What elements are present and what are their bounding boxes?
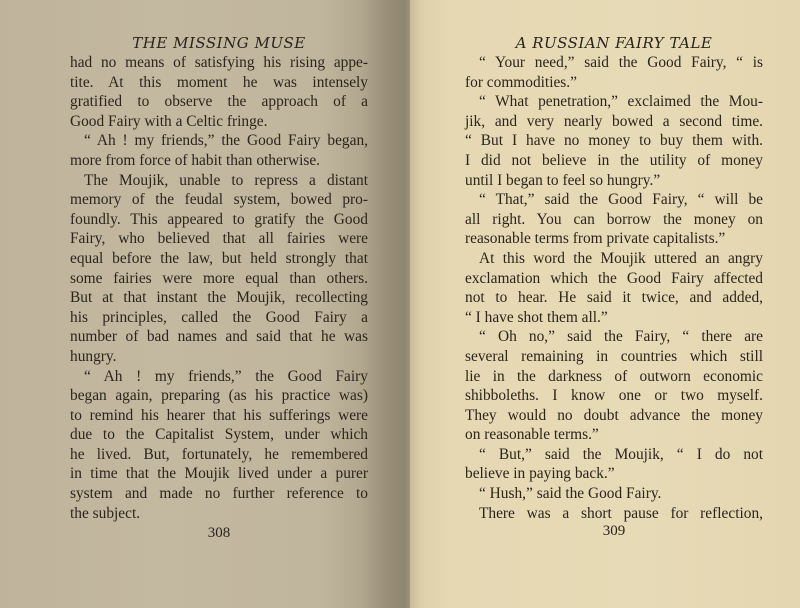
text-line: The Moujik, unable to repress a distant	[70, 171, 368, 191]
text-line: Good Fairy with a Celtic fringe.	[70, 112, 368, 132]
text-line: There was a short pause for reflection,	[465, 504, 763, 524]
text-line: some fairies were more equal than others…	[70, 269, 368, 289]
text-line: system and made no further reference to	[70, 484, 368, 504]
text-line: “ Ah ! my friends,” the Good Fairy	[70, 367, 368, 387]
text-line: number of bad names and said that he was	[70, 327, 368, 347]
text-line: hungry.	[70, 347, 368, 367]
text-line: until I began to feel so hungry.”	[465, 171, 763, 191]
right-page-number: 309	[465, 523, 763, 540]
text-line: he lived. But, fortunately, he remembere…	[70, 445, 368, 465]
text-line: “ Ah ! my friends,” the Good Fairy began…	[70, 131, 368, 151]
text-line: more from force of habit than otherwise.	[70, 151, 368, 171]
text-line: the subject.	[70, 504, 368, 524]
text-line: lie in the darkness of outworn economic	[465, 367, 763, 387]
text-line: for commodities.”	[465, 73, 763, 93]
text-line: I did not believe in the utility of mone…	[465, 151, 763, 171]
text-line: Fairy, who believed that all fairies wer…	[70, 229, 368, 249]
text-line: memory of the feudal system, bowed pro-	[70, 190, 368, 210]
text-line: tite. At this moment he was intensely	[70, 73, 368, 93]
text-line: At this word the Moujik uttered an angry	[465, 249, 763, 269]
right-page: A RUSSIAN FAIRY TALE “ Your need,” said …	[410, 0, 800, 608]
text-line: equal before the law, but held strongly …	[70, 249, 368, 269]
text-line: reasonable terms from private capitalist…	[465, 229, 763, 249]
text-line: on reasonable terms.”	[465, 425, 763, 445]
text-line: “ But,” said the Moujik, “ I do not	[465, 445, 763, 465]
text-line: “ Oh no,” said the Fairy, “ there are	[465, 327, 763, 347]
text-line: gratified to observe the approach of a	[70, 92, 368, 112]
text-line: But at that instant the Moujik, recollec…	[70, 288, 368, 308]
right-page-text: “ Your need,” said the Good Fairy, “ isf…	[465, 53, 763, 523]
left-page-text: had no means of satisfying his rising ap…	[70, 53, 368, 523]
left-page-number: 308	[70, 525, 368, 542]
left-page: THE MISSING MUSE had no means of satisfy…	[0, 0, 410, 608]
text-line: They would no doubt advance the money	[465, 406, 763, 426]
right-running-head: A RUSSIAN FAIRY TALE	[465, 34, 763, 52]
text-line: “ That,” said the Good Fairy, “ will be	[465, 190, 763, 210]
text-line: exclamation which the Good Fairy affecte…	[465, 269, 763, 289]
left-running-head: THE MISSING MUSE	[70, 34, 368, 52]
text-line: to remind his hearer that his sufferings…	[70, 406, 368, 426]
text-line: believe in paying back.”	[465, 464, 763, 484]
text-line: “ Hush,” said the Good Fairy.	[465, 484, 763, 504]
text-line: all right. You can borrow the money on	[465, 210, 763, 230]
book-spread: THE MISSING MUSE had no means of satisfy…	[0, 0, 800, 608]
text-line: “ I have shot them all.”	[465, 308, 763, 328]
text-line: shibboleths. I know one or two myself.	[465, 386, 763, 406]
text-line: several remaining in countries which sti…	[465, 347, 763, 367]
text-line: “ What penetration,” exclaimed the Mou-	[465, 92, 763, 112]
text-line: “ Your need,” said the Good Fairy, “ is	[465, 53, 763, 73]
text-line: due to the Capitalist System, under whic…	[70, 425, 368, 445]
text-line: had no means of satisfying his rising ap…	[70, 53, 368, 73]
text-line: jik, and very nearly bowed a second time…	[465, 112, 763, 132]
text-line: not to hear. He said it twice, and added…	[465, 288, 763, 308]
text-line: began again, preparing (as his practice …	[70, 386, 368, 406]
text-line: “ But I have no money to buy them with.	[465, 131, 763, 151]
text-line: his principles, called the Good Fairy a	[70, 308, 368, 328]
text-line: in time that the Moujik lived under a pu…	[70, 464, 368, 484]
text-line: foundly. This appeared to gratify the Go…	[70, 210, 368, 230]
